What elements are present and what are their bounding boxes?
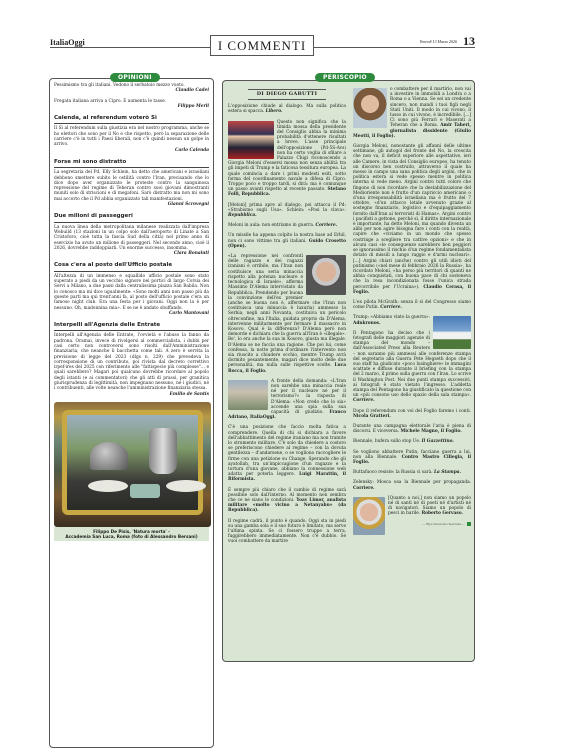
painting-image [54,402,211,527]
masthead: ItaliaOggi I COMMENTI Venerdì 13 Marzo 2… [50,34,475,64]
dalema-photo [306,255,346,295]
quote-source: Nicola Gratteri. [353,414,391,419]
quote-source: Corriere. [380,305,402,310]
quote-source: Corriere. [316,223,338,228]
quote-source: Michele Magno, il Foglio. [400,429,461,434]
opinion-body: Interpelli all'Agenzia delle Entrate, l'… [54,333,209,391]
opinion-item: Cosa c'era al posto dell'Ufficio postale… [54,261,209,316]
quote-text: Buttafuoco resiste: la Russia ci sarà. [353,470,433,475]
quote-text: Meloni in aula: non entriamo in guerra. [228,223,314,228]
quote-item: A fronte della domanda: «L'Iran non sare… [228,379,346,421]
opinion-author: Carlo Mantovani [54,311,209,316]
opinion-author: Emilio de Santis [54,392,209,397]
opinion-author: Filippo Merli [54,104,209,109]
quote-item: Questo non significa che la timida mossa… [228,120,346,198]
opinion-item: Calenda, al referendum voterò Sì Il Sì a… [54,114,209,153]
opinion-item: Due milioni di passeggeri La nuova linea… [54,212,209,256]
quote-item: Un missile ha appena colpito la nostra b… [228,233,346,249]
quote-item: Giorgia Meloni, nonostante gli affanni d… [353,144,471,295]
quote-text: Il regime cadrà, il punto è quando. Oggi… [228,519,346,545]
opinion-body: La segretaria del Pd, Elly Schlein, ha d… [54,170,209,202]
quote-source: La Stampa. [434,470,461,475]
quote-source: Corriere. [353,486,375,491]
quote-source: Adnkronos. [353,321,380,326]
dateline: Venerdì 13 Marzo 2026 [419,39,457,44]
quote-source: Libero. [266,109,283,114]
dome-shape [90,442,128,470]
quote-text: [Meloni] prima apre al dialogo, poi atta… [228,203,346,213]
quote-item: Trump: «Abbiamo vinto la guerra». Adnkro… [353,315,471,325]
quote-item: C'è una posizione che faccio molta fatic… [228,425,346,482]
opinion-body: All'altezza di un immenso e squallido uf… [54,274,209,311]
quote-item: Se vogliono abbattere Putin, facciano gu… [353,450,471,466]
quote-item: È sempre più chiaro che il cambio di reg… [228,488,346,514]
cup-shape [166,480,206,492]
byline: DI DIEGO GABUTTI [248,89,326,100]
opinion-item: Interpelli all'Agenzia delle Entrate Int… [54,321,209,397]
opinioni-label: OPINIONI [110,73,160,82]
quote-item: Biennale, bufera sullo stop Ue. Il Gazze… [353,439,471,444]
periscopio-column: DI DIEGO GABUTTI L'opposizione chiude al… [222,80,475,662]
quote-item: «La repressione nei confronti delle raga… [228,254,346,374]
quote-source: Il Gazzettino. [422,439,454,444]
opinion-title: Due milioni di passeggeri [54,212,209,222]
periscopio-label: PERISCOPIO [315,73,375,82]
quote-source: Repubblica. [228,213,257,218]
quote-item: [Meloni] prima apre al dialogo, poi atta… [228,203,346,219]
opinion-title: Cosa c'era al posto dell'Ufficio postale [54,261,209,271]
quote-item: Zelensky: Mosca usa la Biennale per prop… [353,480,471,490]
periscopio-left-column: DI DIEGO GABUTTI L'opposizione chiude al… [228,87,346,550]
street-photo [228,380,268,410]
quote-item: Dopo il referendum con voi del Foglio fa… [353,409,471,419]
tray-shape [62,410,203,515]
opinion-item: Pessimismo tra gli italiani. Vedono il s… [54,83,209,94]
periscopio-right-column: o combattere per il martirio, non vai a … [353,87,471,536]
section-title: I COMMENTI [210,35,314,56]
quote-item: o combattere per il martirio, non vai a … [353,87,471,139]
quote-item: [Quanto a noi,] non siamo un popolo né d… [353,496,471,517]
opinion-author: Clara Bonaiuti [54,251,209,256]
opinion-item: Fregata italiana arriva a Cipro. E aumen… [54,99,209,110]
quote-source: Corriere. [353,398,375,403]
image-caption: Filippo De Pisis, 'Natura morta' - Accad… [54,527,209,541]
opinion-author: Gianni Scrovegni [54,202,209,207]
gervaso-photo [353,497,385,535]
box-shape [130,484,160,498]
page-number: 13 [463,34,475,49]
quote-item: Durante una campagna elettorale l'aria è… [353,424,471,434]
quote-item: L'opposizione chiude al dialogo. Ma sull… [228,104,346,114]
brand-logo: ItaliaOggi [50,38,85,47]
opinion-title: Calenda, al referendum voterò Sì [54,114,209,124]
trump-photo [228,121,274,159]
quote-text: C'è una posizione che faccio molta fatic… [228,425,346,477]
white-house-photo [433,316,471,349]
opinion-author: Carlo Calenda [54,148,209,153]
opinion-title: Interpelli all'Agenzia delle Entrate [54,321,209,331]
coffeepot-shape [149,428,177,474]
quote-text: Giorgia Meloni, nonostante gli affanni d… [353,144,471,289]
quote-item: Meloni in aula: non entriamo in guerra. … [228,223,346,228]
opinioni-column: Pessimismo tra gli italiani. Vedono il s… [49,78,214,748]
quote-item: L'ex pilota McGrath: senza il sì del Con… [353,300,471,310]
opinion-body: Il Sì al referendum sulla giustizia era … [54,126,209,147]
quote-text: o combattere per il martirio, non vai a … [390,87,471,128]
caption-line: Accademia San Luca, Roma (foto di Alessa… [56,534,207,539]
meloni-photo [353,88,387,128]
opinion-author: Claudio Cadei [54,88,209,93]
cup-shape [88,480,128,492]
quote-text: L'opposizione chiude al dialogo. Ma sull… [228,104,346,114]
opinion-item: Forse mi sono distratto La segretaria de… [54,158,209,207]
quote-source: Roberto Gervaso. [422,511,463,516]
quote-text: L'ex pilota McGrath: senza il sì del Con… [353,300,471,310]
quote-item: Buttafuoco resiste: la Russia ci sarà. L… [353,470,471,475]
opinion-body: La nuova linea della metropolitana milan… [54,225,209,251]
opinion-title: Forse mi sono distratto [54,158,209,168]
quote-item: Il regime cadrà, il punto è quando. Oggi… [228,519,346,545]
quote-text: Biennale, bufera sullo stop Ue. [353,439,420,444]
